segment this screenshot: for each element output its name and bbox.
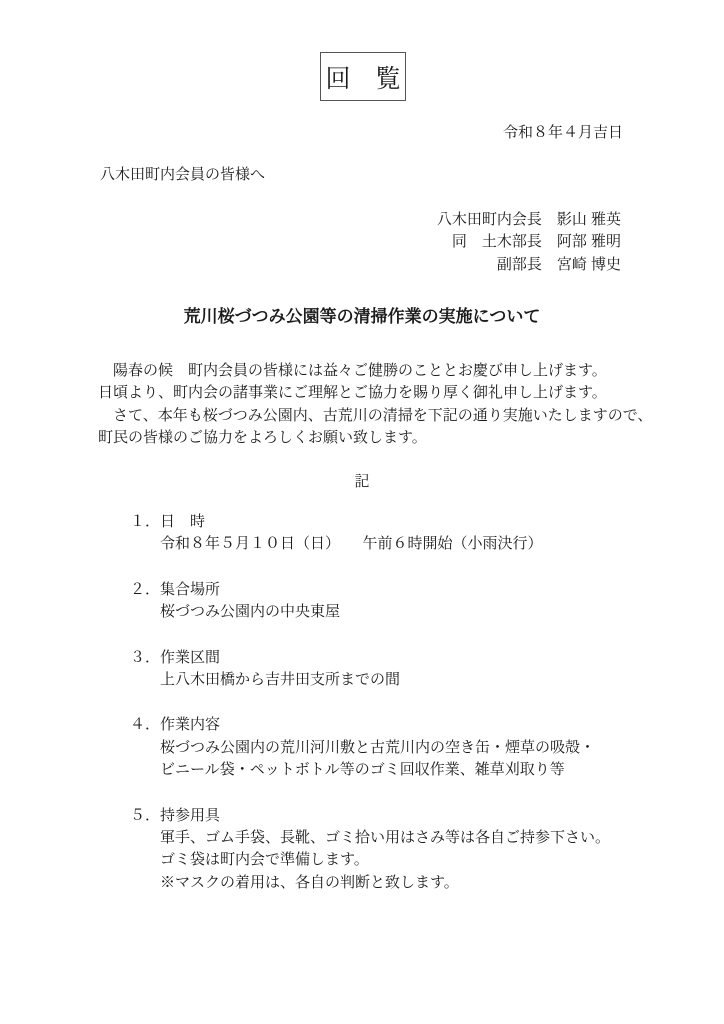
- signature-line-civil-chief: 同 土木部長 阿部 雅明: [437, 231, 621, 253]
- item-text-line: 桜づつみ公園内の荒川河川敷と古荒川内の空き缶・煙草の吸殻・: [130, 737, 610, 759]
- body-line: さて、本年も桜づつみ公園内、古荒川の清掃を下記の通り実施いたしますので、: [98, 405, 652, 427]
- item-heading: １．日 時: [130, 511, 610, 533]
- signature-line-chairman: 八木田町内会長 影山 雅英: [437, 209, 621, 231]
- notice-item-work-content: ４．作業内容 桜づつみ公園内の荒川河川敷と古荒川内の空き缶・煙草の吸殻・ ビニー…: [130, 714, 610, 781]
- notice-item-meeting-place: ２．集合場所 桜づつみ公園内の中央東屋: [130, 579, 610, 624]
- item-label: 持参用具: [160, 807, 220, 824]
- notice-items: １．日 時 令和８年５月１０日（日） 午前６時開始（小雨決行） ２．集合場所 桜…: [130, 511, 610, 894]
- ki-heading: 記: [0, 471, 724, 493]
- item-text-line: ※マスクの着用は、各自の判断と致します。: [130, 872, 610, 894]
- item-number: ３．: [130, 649, 160, 666]
- item-text-line: ビニール袋・ペットボトル等のゴミ回収作業、雑草刈取り等: [130, 759, 610, 781]
- item-label: 作業区間: [160, 649, 220, 666]
- document-page: 回 覧 令和８年４月吉日 八木田町内会員の皆様へ 八木田町内会長 影山 雅英 同…: [0, 0, 724, 1024]
- item-number: １．: [130, 513, 160, 530]
- item-label: 日 時: [160, 513, 205, 530]
- body-line: 日頃より、町内会の諸事業にご理解とご協力を賜り厚く御礼申し上げます。: [98, 382, 652, 404]
- notice-item-datetime: １．日 時 令和８年５月１０日（日） 午前６時開始（小雨決行）: [130, 511, 610, 556]
- item-heading: ３．作業区間: [130, 647, 610, 669]
- notice-item-work-section: ３．作業区間 上八木田橋から吉井田支所までの間: [130, 647, 610, 692]
- item-text-line: 軍手、ゴム手袋、長靴、ゴミ拾い用はさみ等は各自ご持参下さい。: [130, 827, 610, 849]
- item-label: 作業内容: [160, 716, 220, 733]
- notice-item-things-to-bring: ５．持参用具 軍手、ゴム手袋、長靴、ゴミ拾い用はさみ等は各自ご持参下さい。 ゴミ…: [130, 805, 610, 895]
- item-number: ４．: [130, 716, 160, 733]
- item-number: ２．: [130, 581, 160, 598]
- body-line: 陽春の候 町内会員の皆様には益々ご健勝のこととお慶び申し上げます。: [98, 360, 652, 382]
- signature-block: 八木田町内会長 影山 雅英 同 土木部長 阿部 雅明 副部長 宮崎 博史: [437, 209, 621, 276]
- kairan-label: 回 覧: [325, 59, 400, 95]
- document-title: 荒川桜づつみ公園等の清掃作業の実施について: [0, 302, 724, 327]
- item-text-line: 令和８年５月１０日（日） 午前６時開始（小雨決行）: [130, 533, 610, 555]
- item-heading: ２．集合場所: [130, 579, 610, 601]
- signature-line-vice-chief: 副部長 宮崎 博史: [437, 254, 621, 276]
- item-heading: ４．作業内容: [130, 714, 610, 736]
- item-number: ５．: [130, 807, 160, 824]
- item-text-line: ゴミ袋は町内会で準備します。: [130, 849, 610, 871]
- document-date: 令和８年４月吉日: [503, 122, 623, 144]
- item-label: 集合場所: [160, 581, 220, 598]
- item-text-line: 上八木田橋から吉井田支所までの間: [130, 669, 610, 691]
- item-text-line: 桜づつみ公園内の中央東屋: [130, 601, 610, 623]
- addressee-line: 八木田町内会員の皆様へ: [100, 164, 265, 186]
- body-line: 町民の皆様のご協力をよろしくお願い致します。: [98, 427, 652, 449]
- kairan-circulation-box: 回 覧: [320, 52, 406, 101]
- body-paragraphs: 陽春の候 町内会員の皆様には益々ご健勝のこととお慶び申し上げます。 日頃より、町…: [98, 360, 652, 450]
- item-heading: ５．持参用具: [130, 805, 610, 827]
